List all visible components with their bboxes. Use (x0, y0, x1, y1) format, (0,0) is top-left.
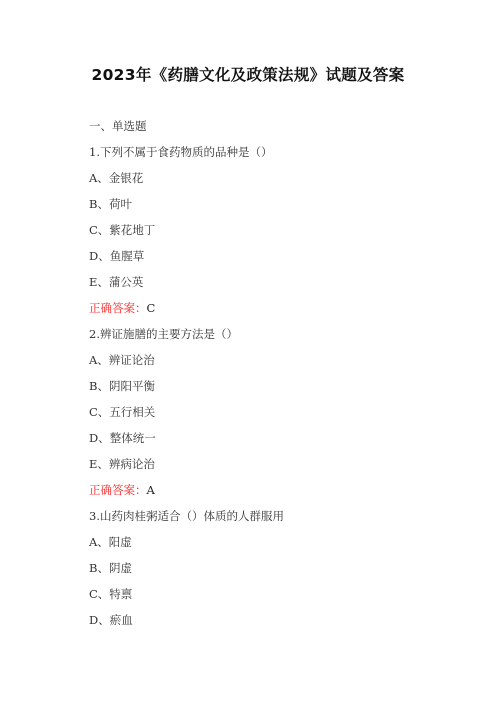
question-stem: 1.下列不属于食药物质的品种是（） (89, 145, 272, 159)
option-c: C、紫花地丁 (89, 223, 155, 237)
answer-label: 正确答案： (89, 483, 147, 497)
answer-value: C (147, 301, 156, 315)
document-title: 2023年《药膳文化及政策法规》试题及答案 (0, 63, 496, 85)
option-e: E、蒲公英 (89, 275, 143, 289)
option-d: D、瘀血 (89, 613, 133, 627)
option-b: B、荷叶 (89, 197, 132, 211)
option-b: B、阴虚 (89, 561, 132, 575)
option-d: D、整体统一 (89, 431, 156, 445)
option-e: E、辨病论治 (89, 457, 155, 471)
option-c: C、五行相关 (89, 405, 155, 419)
question-stem: 3.山药肉桂粥适合（）体质的人群服用 (89, 509, 284, 523)
option-a: A、阳虚 (89, 535, 132, 549)
answer-value: A (147, 483, 155, 497)
option-c: C、特禀 (89, 587, 132, 601)
correct-answer: 正确答案：C (89, 301, 155, 315)
option-a: A、金银花 (89, 171, 143, 185)
option-a: A、辨证论治 (89, 353, 155, 367)
option-d: D、鱼腥草 (89, 249, 144, 263)
correct-answer: 正确答案：A (89, 483, 155, 497)
section-heading: 一、单选题 (89, 119, 147, 133)
option-b: B、阴阳平衡 (89, 379, 155, 393)
answer-label: 正确答案： (89, 301, 147, 315)
question-stem: 2.辨证施膳的主要方法是（） (89, 327, 238, 341)
